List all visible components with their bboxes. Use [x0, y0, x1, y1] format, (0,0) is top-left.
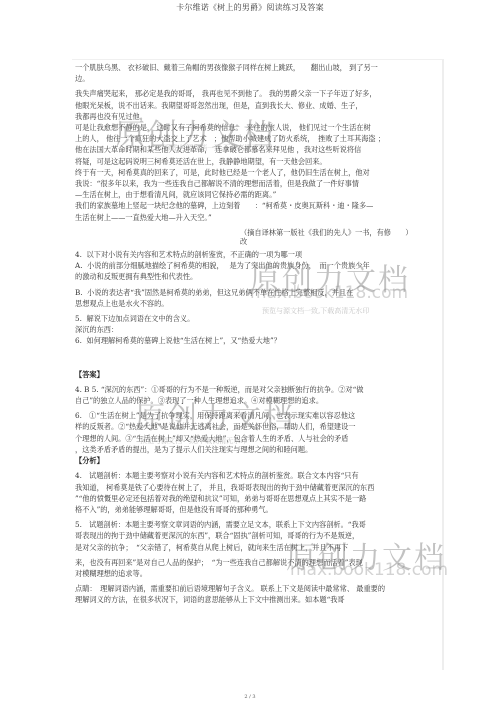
question-text: 如何理解柯希莫的墓碑上说他“生活在树上”，又“热爱大地”？ [86, 336, 280, 345]
document-body: 一个肌肤乌黑、 衣衫破旧、戴着三角帽的男孩像猴子同样在树上跳跃， 翻出山坡， 到… [75, 62, 437, 606]
option-b-cont: 思想观点上也是水火不容的。 [75, 298, 437, 309]
question-number: 5. [75, 314, 82, 323]
document-title: 卡尔维诺《树上的男爵》阅读练习及答案 [0, 2, 500, 13]
passage-line: 我失声痛哭起来， 那必定是我的哥哥， 我再也见不到他了。 我的男爵父亲一下子年迈… [75, 88, 437, 99]
option-letter: B. [75, 288, 83, 297]
tip-line: 理解词义的方法，在很多状况下，词语的意思能够从上下文中推测出来。如本题“我哥 [75, 594, 437, 605]
passage-line: 我说：“很多年以来，我为一些连我自己都解说不清的理想而活着，但是我做了一件好事情 [75, 178, 437, 189]
answer-line: 6. ①“生活在树上”是为了抗争现实，用保持距离来看清凡间，也表示现实难以容忍他… [75, 410, 437, 421]
question-text: 解说下边加点词语在文中的含义。 [86, 314, 194, 323]
question-text: 以下对小说有关内容和艺术特点的剖析鉴赏，不正确的一项为哪一项 [86, 250, 302, 259]
passage-line: 生活在树上——一直热爱大地—升入天空。” [75, 212, 437, 223]
option-text: 小说的表达者“我”固然是柯希莫的弟弟，但这兄弟俩不单在性格上完整相反，并且在 [87, 288, 353, 297]
question-number: 4. [75, 250, 82, 259]
option-a: A. 小说的前部分细腻地描绘了柯希莫的相貌， 是为了突出他的贵族身份， 而一个贵… [75, 260, 437, 271]
answer-line: 个理想的人间。③“生活在树上”却又“热爱大地”，包含着人生的矛盾、人与社会的矛盾 [75, 433, 437, 444]
option-text: 小说的前部分细腻地描绘了柯希莫的相貌， 是为了突出他的贵族身份， 而一个贵族少年 [87, 261, 370, 270]
analysis-line: 哥表现出的拘于劲中储藏着更深沉的东西”，联合“固执”剖析可知，哥哥的行为不是叛逆… [75, 530, 437, 541]
page-indicator: 2 / 3 [0, 694, 500, 700]
analysis-line: 格不入”的，弟弟能够理解哥哥，但是他没有哥哥的那种勇气。 [75, 504, 437, 515]
analysis-section: 【分析】 4. 试题剖析：本题主要考察对小说有关内容和艺术特点的剖析鉴赏。联合文… [75, 455, 437, 605]
passage-line: 上的人， 他往一个疯狂的大盗交上了艺术 ；他帮助小城建成了防火系统， 挫败了土耳… [75, 133, 437, 144]
option-a-cont: 的激动和反叛更拥有典型性和代表性。 [75, 271, 437, 282]
analysis-line: 来，也没有再回来”是对自己人品的保护； “为一些连我自己都解说不清的理想而活着”… [75, 557, 437, 568]
passage-line: 他在法国大革命时期和某些他人友进革命， 连拿破仑都慕名来拜见他 ，我对这些听说将… [75, 144, 437, 155]
analysis-heading: 【分析】 [75, 455, 437, 466]
analysis-line: 我知道， 柯希莫是铁了心要待在树上了， 并且，我哥哥表现出的拘于劲中储藏着更深沉… [75, 482, 437, 493]
answer-line: 样的反叛者。②“热爱大地”是说他并无逃离社会，而是关怀世俗，帮助人们，希望建设一 [75, 421, 437, 432]
answer-line: 4. B 5. “深沉的东西”：①哥哥的行为不是一种叛逆，而是对父亲独断独行的抗… [75, 384, 437, 395]
question-5: 5. 解说下边加点词语在文中的含义。 [75, 313, 437, 324]
analysis-line: 5. 试题剖析：本题主要考察文章词语的内涵，需要立足文本，联系上下文内容剖析。“… [75, 519, 437, 530]
analysis-line: 对模糊理想的追求等。 [75, 568, 437, 579]
answer-section: 【答案】 4. B 5. “深沉的东西”：①哥哥的行为不是一种叛逆，而是对父亲独… [75, 369, 437, 455]
answer-line: ，这类矛盾矛盾的提出，是为了提示人们关注现实与理想之间的和睦问题。 [75, 444, 437, 455]
passage: 一个肌肤乌黑、 衣衫破旧、戴着三角帽的男孩像猴子同样在树上跳跃， 翻出山坡， 到… [75, 62, 437, 245]
answer-line: 自己”的独立人品的保护。③表现了一种人生理想追求。④对模糊理想的追求。 [75, 395, 437, 406]
passage-line: 将疑，可是这起码说明三柯希莫还活在世上，我静静地期望，有一天他会回来。 [75, 156, 437, 167]
citation: （摘自译林第一版社《我们的先人》一书，有修 ） [75, 227, 437, 238]
analysis-line: 是对父亲的抗争； “父亲错了，柯希莫自从爬上树后，就向来生活在树上，并且不再下 [75, 542, 437, 553]
tip-line: 点睛： 理解词语内涵，需重要扣前后语境理解句子含义。 联系上下文是阅读中最常常、… [75, 583, 437, 594]
passage-line: —生活在树上，由于想看清凡间，就应该同它保持必需的距离。” [75, 189, 437, 200]
questions: 4. 以下对小说有关内容和艺术特点的剖析鉴赏，不正确的一项为哪一项 A. 小说的… [75, 249, 437, 347]
passage-line: 他眼光呆板，说不出话来。我期望哥哥忽然出现，但是，直到我长大、修业、成婚、生子， [75, 100, 437, 111]
passage-line: 我都再也没有见过他。 [75, 111, 437, 122]
passage-line: 我们的家族墓地上竖起一块纪念他的墓碑，上边刻着 ：“柯希莫・皮奥瓦斯科・迪・隆多… [75, 200, 437, 211]
analysis-line: ”“他的愤慨里必定还包括着对我的绝望和抗议”可知，弟弟与哥哥在思想观点上其实不是… [75, 493, 437, 504]
citation-cont: 改 [75, 238, 437, 245]
analysis-line: 4. 试题剖析：本题主要考察对小说有关内容和艺术特点的剖析鉴赏。联合文本内容“只… [75, 470, 437, 481]
passage-line: 边。 [75, 73, 437, 84]
option-letter: A. [75, 261, 82, 270]
question-4: 4. 以下对小说有关内容和艺术特点的剖析鉴赏，不正确的一项为哪一项 [75, 249, 437, 260]
question-6: 6. 如何理解柯希莫的墓碑上说他“生活在树上”，又“热爱大地”？ [75, 335, 437, 346]
answer-heading: 【答案】 [75, 369, 437, 380]
question-5-term: 深沉的东西： [75, 324, 437, 335]
passage-line: 终于有一天，柯希莫真的回来了，可是，此时他已经是一个老人了，他仍旧生活在树上，他… [75, 167, 437, 178]
passage-line: 一个肌肤乌黑、 衣衫破旧、戴着三角帽的男孩像猴子同样在树上跳跃， 翻出山坡， 到… [75, 62, 437, 73]
option-b: B. 小说的表达者“我”固然是柯希莫的弟弟，但这兄弟俩不单在性格上完整相反，并且… [75, 287, 437, 298]
passage-line: 可是让我愈想不静的是， 这时又有了柯希莫的信息。 来往的旅人说， 他们见过一个生… [75, 122, 437, 133]
question-number: 6. [75, 336, 82, 345]
